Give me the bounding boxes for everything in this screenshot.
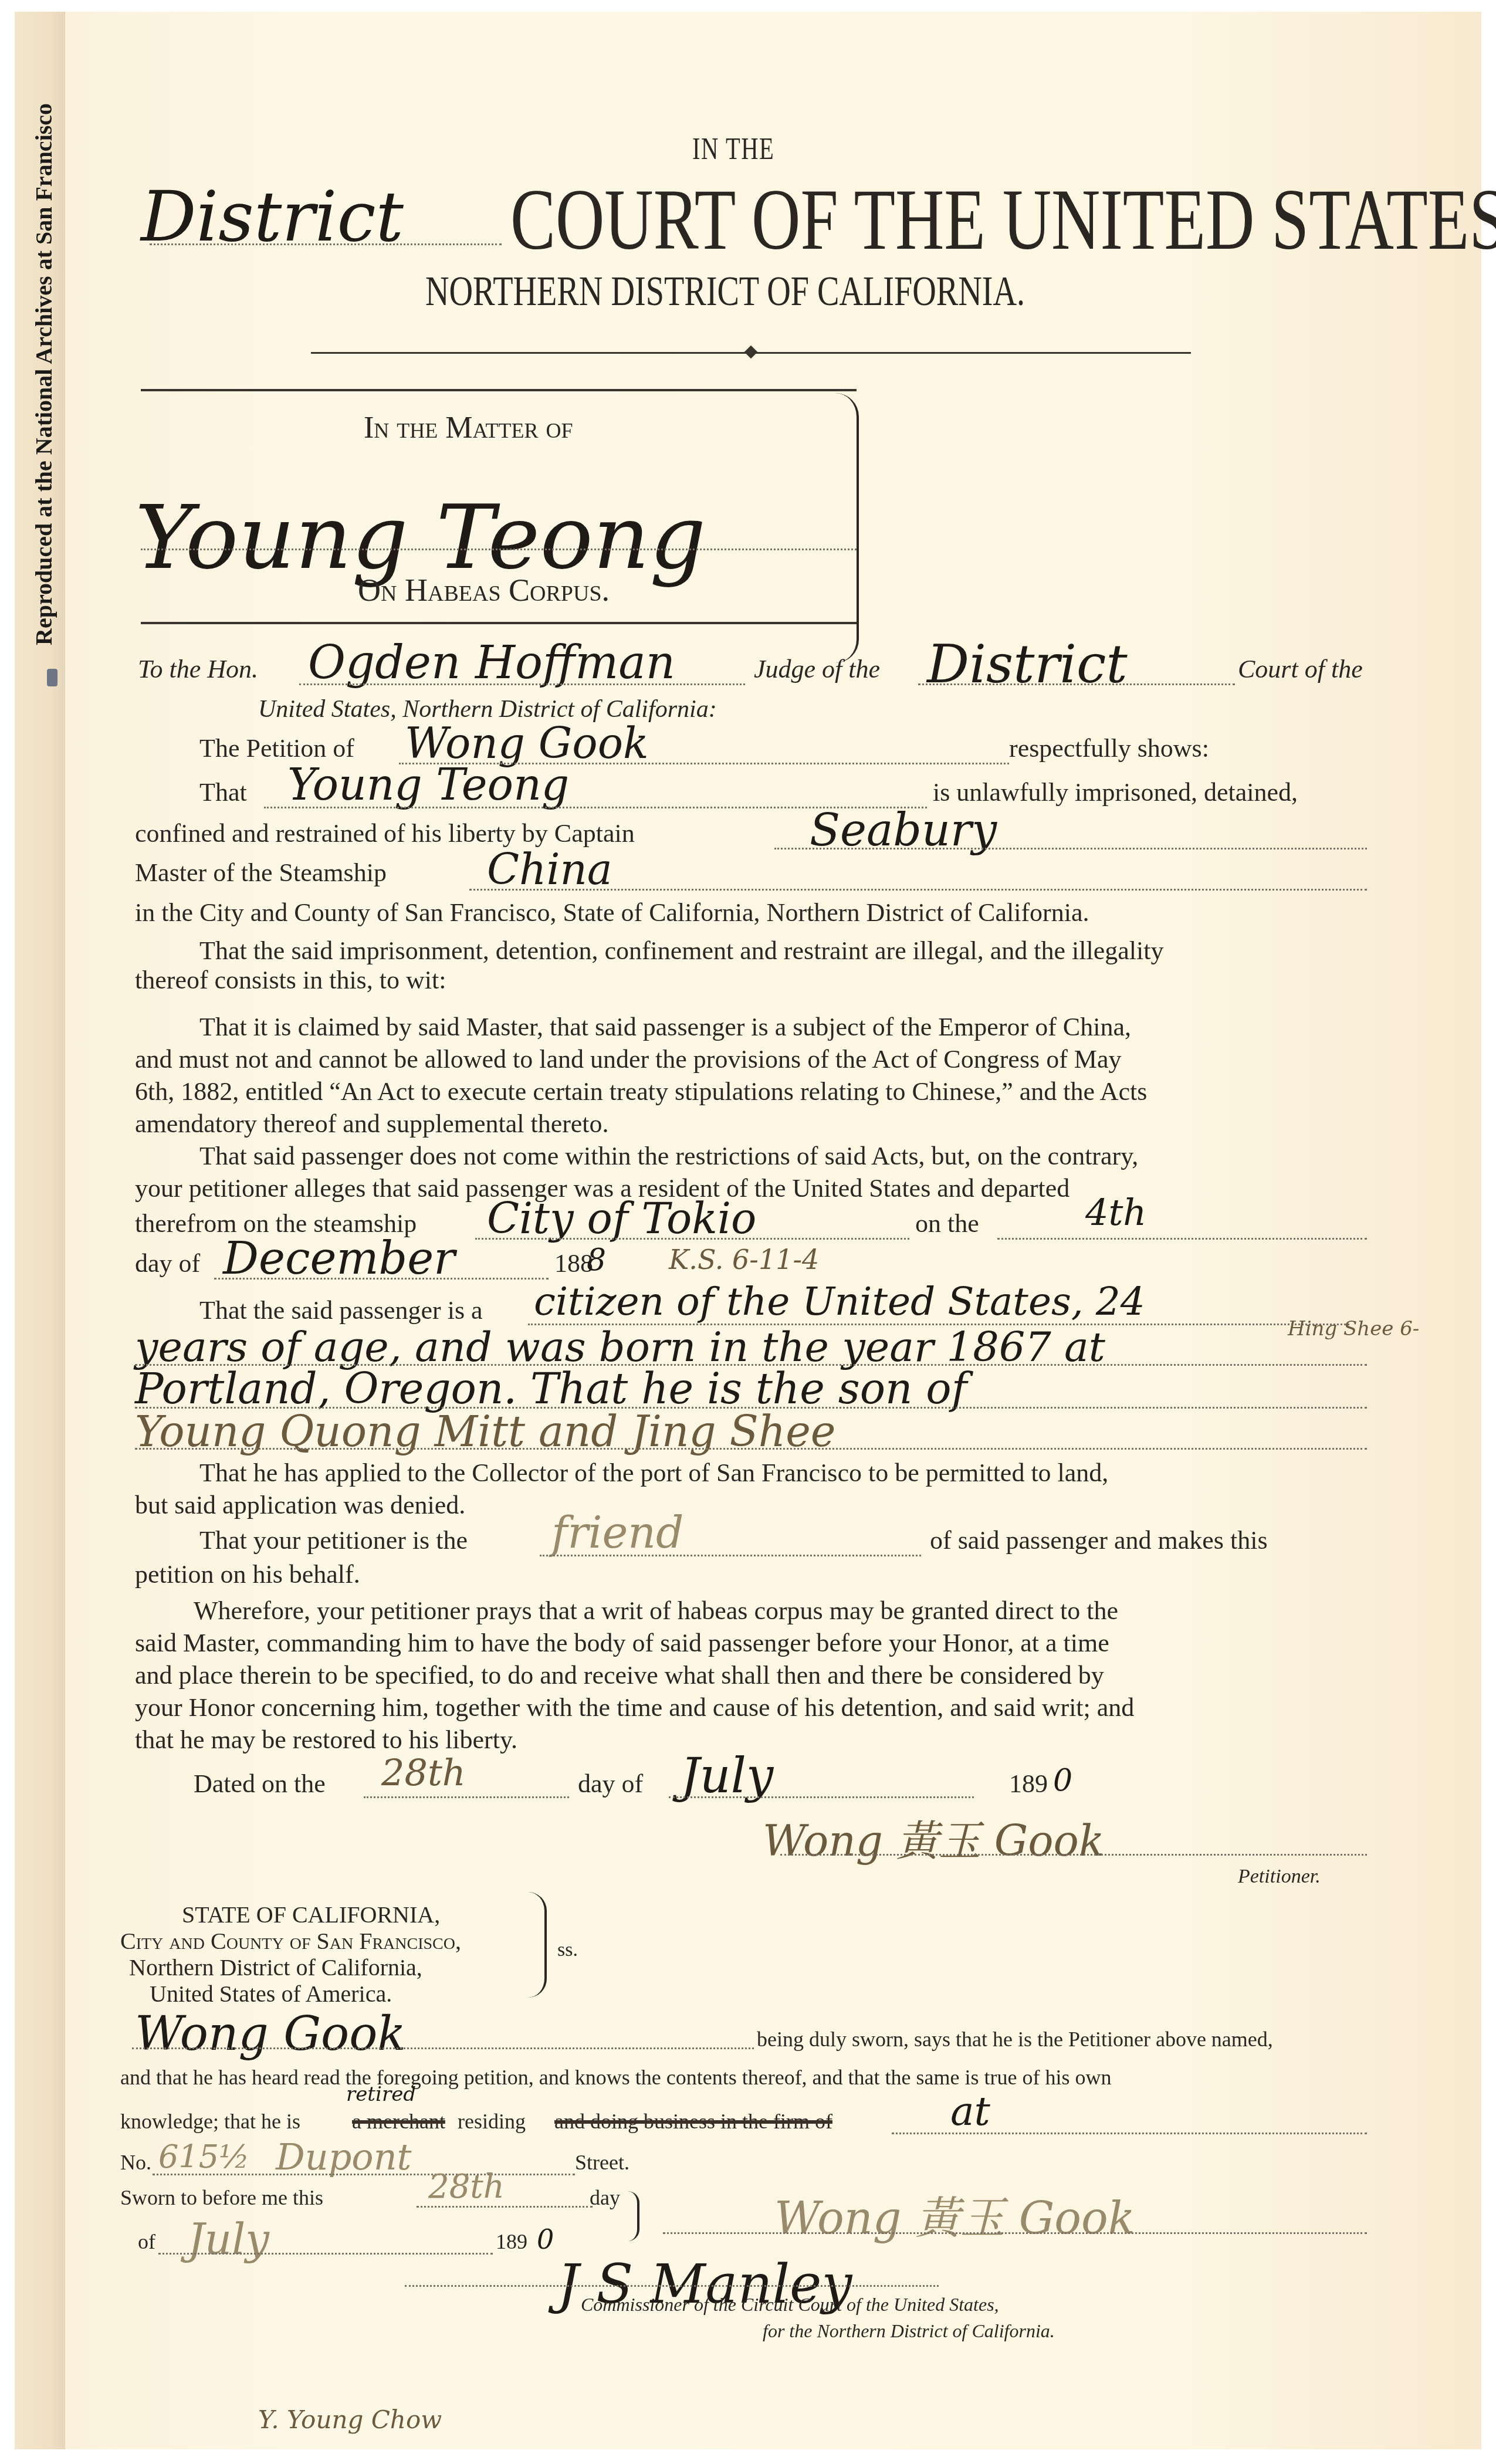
inserted-retired: retired — [346, 2083, 416, 2106]
knowledge-prefix: knowledge; that he is — [120, 2109, 300, 2134]
court-name-line — [918, 683, 1235, 685]
status-line-1: citizen of the United States, 24 — [534, 1279, 1145, 1324]
petitioner-signature-line — [780, 1854, 1367, 1856]
wherefore-5: that he may be restored to his liberty. — [135, 1725, 517, 1755]
matter-box-top-rule — [141, 389, 857, 391]
location-line: in the City and County of San Francisco,… — [135, 898, 1089, 928]
para-claimed-2: and must not and cannot be allowed to la… — [135, 1044, 1121, 1074]
sworn-brace — [628, 2191, 639, 2241]
sworn-day-line — [417, 2206, 593, 2208]
to-the-hon: To the Hon. — [138, 654, 258, 684]
margin-note: Hing Shee 6- — [1288, 1317, 1419, 1341]
divider-ornament — [311, 352, 1191, 354]
sworn-day-label: day — [590, 2185, 620, 2210]
commissioner-title-1: Commissioner of the Circuit Court of the… — [581, 2294, 999, 2316]
struck-merchant: a merchant — [352, 2109, 445, 2134]
detainee-name: Young Teong — [287, 760, 569, 810]
dated-year-suffix: 0 — [1053, 1763, 1072, 1798]
status-line-4-rule — [135, 1448, 1367, 1450]
footer-note: Y. Young Chow — [258, 2405, 442, 2434]
case-reference: K.S. 6-11-4 — [669, 1244, 819, 1275]
master-of-steamship: Master of the Steamship — [135, 858, 387, 888]
para-claimed-1: That it is claimed by said Master, that … — [199, 1012, 1131, 1042]
struck-business: and doing business in the firm of — [554, 2109, 832, 2134]
departure-day: 4th — [1085, 1191, 1146, 1234]
sworn-year-suffix: 0 — [537, 2223, 554, 2255]
dated-on-the: Dated on the — [194, 1769, 326, 1799]
venue-district: Northern District of California, — [129, 1954, 422, 1981]
court-type-line — [150, 243, 502, 245]
affiant-signature: Wong 黃玉 Gook — [774, 2182, 1135, 2246]
matter-label: In the Matter of — [364, 411, 573, 445]
departure-day-line — [997, 1238, 1367, 1240]
of-label: of — [138, 2229, 155, 2254]
commissioner-title-2: for the Northern District of California. — [763, 2320, 1055, 2342]
venue-city: City and County of San Francisco, — [120, 1927, 461, 1955]
sworn-month-line — [158, 2253, 493, 2255]
district-title: NORTHERN DISTRICT OF CALIFORNIA. — [425, 267, 1025, 316]
binder-clip-icon — [47, 669, 57, 686]
petitioner-label: Petitioner. — [1238, 1866, 1321, 1888]
judge-line — [299, 683, 745, 685]
heard-read-text: and that he has heard read the foregoing… — [120, 2065, 1112, 2090]
header-in-the: IN THE — [692, 132, 774, 167]
firm-value: at — [950, 2089, 990, 2135]
dated-day-of: day of — [578, 1769, 643, 1799]
captain-name-line — [774, 848, 1367, 849]
para-not-1: That said passenger does not come within… — [199, 1141, 1138, 1171]
sworn-year-prefix: 189 — [496, 2229, 527, 2254]
wherefore-4: your Honor concerning him, together with… — [135, 1693, 1134, 1722]
affiant-signature-line — [663, 2232, 1367, 2234]
para-illegal-1: That the said imprisonment, detention, c… — [199, 936, 1163, 966]
sworn-before-text: Sworn to before me this — [120, 2185, 323, 2210]
that-label: That — [199, 777, 247, 807]
court-title: COURT OF THE UNITED STATES, — [510, 170, 1496, 270]
dated-month-line — [669, 1796, 974, 1798]
venue-state: STATE OF CALIFORNIA, — [182, 1901, 440, 1928]
respectfully-shows: respectfully shows: — [1009, 733, 1209, 763]
relation-suffix: of said passenger and makes this — [930, 1525, 1268, 1555]
matter-box-bottom-rule — [141, 622, 857, 624]
wherefore-2: said Master, commanding him to have the … — [135, 1628, 1109, 1658]
court-name-handwritten: District — [927, 634, 1128, 695]
passenger-is-label: That the said passenger is a — [199, 1295, 483, 1325]
confined-text: confined and restrained of his liberty b… — [135, 818, 635, 848]
relation-line — [540, 1555, 921, 1556]
judge-of-the: Judge of the — [754, 654, 880, 684]
para-applied-2: but said application was denied. — [135, 1490, 465, 1520]
wherefore-3: and place therein to be specified, to do… — [135, 1660, 1104, 1690]
venue-country: United States of America. — [150, 1980, 392, 2008]
court-of-the: Court of the — [1238, 654, 1363, 684]
steamship-name-line — [469, 889, 1367, 891]
no-label: No. — [120, 2150, 151, 2175]
being-sworn-text: being duly sworn, says that he is the Pe… — [757, 2027, 1273, 2052]
steamship-name: China — [487, 845, 612, 894]
departure-year-suffix: 8 — [587, 1243, 606, 1278]
binding-strip: Reproduced at the National Archives at S… — [15, 12, 65, 2449]
ss-label: ss. — [557, 1939, 578, 1961]
archive-stamp: Reproduced at the National Archives at S… — [30, 103, 57, 645]
commissioner-signature-line — [405, 2285, 939, 2287]
dated-day-line — [364, 1796, 569, 1798]
departure-month-line — [214, 1278, 549, 1280]
day-of-label: day of — [135, 1248, 200, 1278]
status-line-3: Portland, Oregon. That he is the son of — [135, 1364, 967, 1413]
relation-line-2: petition on his behalf. — [135, 1559, 360, 1589]
sworn-day: 28th — [428, 2168, 505, 2206]
dated-month: July — [681, 1748, 773, 1804]
venue-brace — [528, 1892, 547, 1998]
wherefore-1: Wherefore, your petitioner prays that a … — [194, 1596, 1118, 1626]
petition-of-label: The Petition of — [199, 733, 354, 763]
petitioner-signature: Wong 黃玉 Gook — [763, 1807, 1105, 1868]
affiant-name: Wong Gook — [135, 2006, 406, 2061]
departure-ship-line — [475, 1238, 909, 1240]
sworn-month: July — [188, 2215, 269, 2264]
para-applied-1: That he has applied to the Collector of … — [199, 1458, 1108, 1488]
matter-subtitle: On Habeas Corpus. — [358, 572, 610, 608]
street-number: 615½ — [158, 2138, 249, 2175]
unlawfully-text: is unlawfully imprisoned, detained, — [933, 777, 1298, 807]
street-name: Dupont — [276, 2135, 412, 2178]
firm-line — [892, 2133, 1367, 2134]
dated-day: 28th — [381, 1751, 466, 1794]
street-line — [153, 2174, 575, 2175]
para-claimed-4: amendatory thereof and supplemental ther… — [135, 1109, 609, 1139]
departure-month: December — [223, 1232, 455, 1284]
matter-name-line — [141, 549, 857, 550]
residing-text: residing — [458, 2109, 526, 2134]
dated-year-prefix: 189 — [1009, 1769, 1048, 1799]
on-the-label: on the — [915, 1209, 979, 1238]
relation-prefix: That your petitioner is the — [199, 1525, 468, 1555]
para-claimed-3: 6th, 1882, entitled “An Act to execute c… — [135, 1077, 1147, 1106]
affiant-name-line — [132, 2047, 754, 2049]
judge-name: Ogden Hoffman — [308, 637, 675, 689]
street-label: Street. — [575, 2150, 629, 2175]
departure-ship: City of Tokio — [487, 1194, 756, 1243]
relation-value: friend — [551, 1508, 683, 1558]
para-illegal-2: thereof consists in this, to wit: — [135, 965, 446, 995]
